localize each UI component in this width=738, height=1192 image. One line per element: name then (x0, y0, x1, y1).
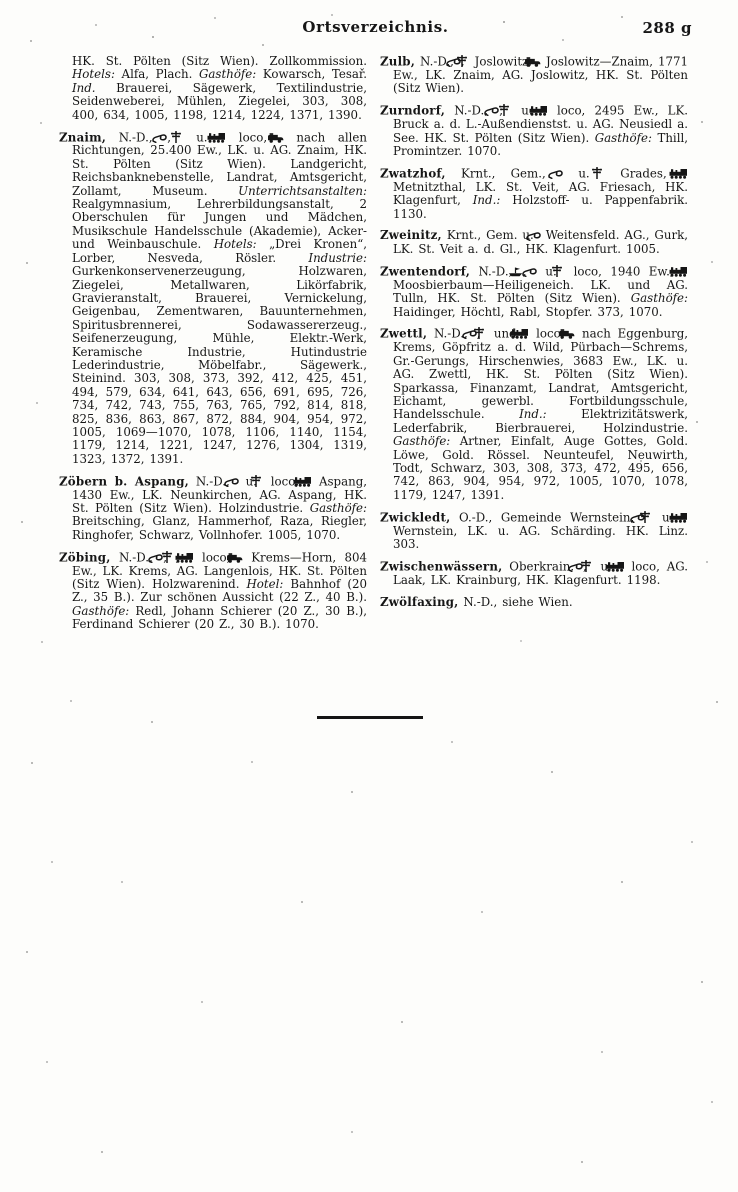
entry-zulb: Zulb, N.-D., , Joslowitz, Joslowitz—Znai… (380, 55, 688, 96)
entry-text: Brauerei, Sägewerk, Textilindustrie, Sei… (72, 81, 367, 122)
entry-text: Krnt., Gem., (446, 166, 561, 180)
category-label: Gasthöfe: (595, 131, 652, 145)
entry-zwentendorf: Zwentendorf, N.-D., , u. loco, 1940 Ew.,… (380, 265, 688, 319)
section-divider (317, 716, 423, 719)
category-label: Hotels: (72, 67, 115, 81)
column-left: HK. St. Pölten (Sitz Wien). Zollkommissi… (59, 55, 367, 640)
entry-hk-st-poelten-cont: HK. St. Pölten (Sitz Wien). Zollkommissi… (59, 55, 367, 122)
scanned-directory-page: Ortsverzeichnis. 288 g HK. St. Pölten (S… (0, 0, 738, 1192)
entry-headword: Zöbing, (59, 550, 111, 564)
category-label: Unterrichtsanstalten: (238, 184, 367, 198)
entry-zwoelfaxing: Zwölfaxing, N.-D., siehe Wien. (380, 596, 688, 609)
entry-text: O.-D., Gemeinde Wernstein, (450, 510, 642, 524)
category-label: Gasthöfe: (393, 434, 450, 448)
page-title: Ortsverzeichnis. (59, 18, 692, 36)
entry-headword: Zulb, (380, 55, 415, 69)
entry-headword: Zweinitz, (380, 228, 442, 242)
entry-zwatzhof: Zwatzhof, Krnt., Gem., u. Grades, Metnit… (380, 167, 688, 221)
category-label: Hotel: (247, 577, 284, 591)
category-label: Gasthöfe: (310, 501, 367, 515)
category-label: Ind. (72, 81, 96, 95)
entry-text: N.-D., siehe Wien. (458, 595, 572, 609)
entry-text: Krnt., Gem. u. (442, 228, 539, 242)
category-label: Industrie: (308, 251, 367, 265)
entry-zoebern-b-aspang: Zöbern b. Aspang, N.-D., u. loco, Aspang… (59, 475, 367, 543)
entry-headword: Zwettl, (380, 327, 427, 341)
page-number: 288 g (642, 19, 692, 37)
entry-text: Alfa, Plach. (115, 67, 199, 81)
entry-zweinitz: Zweinitz, Krnt., Gem. u. Weitensfeld. AG… (380, 229, 688, 256)
entry-headword: Zurndorf, (380, 104, 445, 118)
entry-text: Gurkenkonservenerzeugung, Holzwaren, Zie… (72, 264, 367, 466)
entry-text: Haidinger, Höchtl, Rabl, Stopfer. 373, 1… (393, 305, 662, 319)
entry-text: Breitsching, Glanz, Hammerhof, Raza, Rie… (72, 514, 367, 541)
train-icon (682, 511, 688, 524)
entry-headword: Zwölfaxing, (380, 595, 458, 609)
train-icon (682, 265, 688, 278)
entry-headword: Zwentendorf, (380, 264, 470, 278)
category-label: Hotels: (214, 237, 257, 251)
column-right: Zulb, N.-D., , Joslowitz, Joslowitz—Znai… (380, 55, 688, 640)
category-label: Ind.: (519, 407, 547, 421)
category-label: Gasthöfe: (72, 604, 129, 618)
entry-zoebing: Zöbing, N.-D., , , loco, Krems—Horn, 804… (59, 551, 367, 632)
category-label: Gasthöfe: (199, 67, 256, 81)
entry-text: Wernstein, LK. u. AG. Schärding. HK. Lin… (393, 524, 688, 551)
text-columns: HK. St. Pölten (Sitz Wien). Zollkommissi… (59, 55, 688, 640)
category-label: Ind.: (473, 193, 501, 207)
scan-noise (0, 0, 2, 2)
entry-text: loco, 1940 Ew., (565, 264, 682, 278)
entry-headword: Zwatzhof, (380, 166, 446, 180)
entry-headword: Zwickledt, (380, 510, 450, 524)
page-header: Ortsverzeichnis. 288 g (59, 18, 692, 40)
entry-zwickledt: Zwickledt, O.-D., Gemeinde Wernstein, u.… (380, 511, 688, 552)
entry-zurndorf: Zurndorf, N.-D., , u. loco, 2495 Ew., LK… (380, 104, 688, 158)
entry-text: Kowarsch, Tesař. (256, 67, 367, 81)
entry-text: HK. St. Pölten (Sitz Wien). Zollkommissi… (72, 54, 367, 68)
train-icon (682, 167, 688, 180)
entry-zwettl: Zwettl, N.-D., , und loco, nach Eggenbur… (380, 327, 688, 502)
entry-znaim: Znaim, N.-D., , u. loco, nach allen Rich… (59, 131, 367, 467)
entry-headword: Znaim, (59, 130, 106, 144)
entry-zwischenwaessern: Zwischenwässern, Oberkrain. , u. loco, A… (380, 560, 688, 587)
category-label: Gasthöfe: (631, 291, 688, 305)
entry-headword: Zwischenwässern, (380, 559, 502, 573)
entry-headword: Zöbern b. Aspang, (59, 474, 189, 488)
